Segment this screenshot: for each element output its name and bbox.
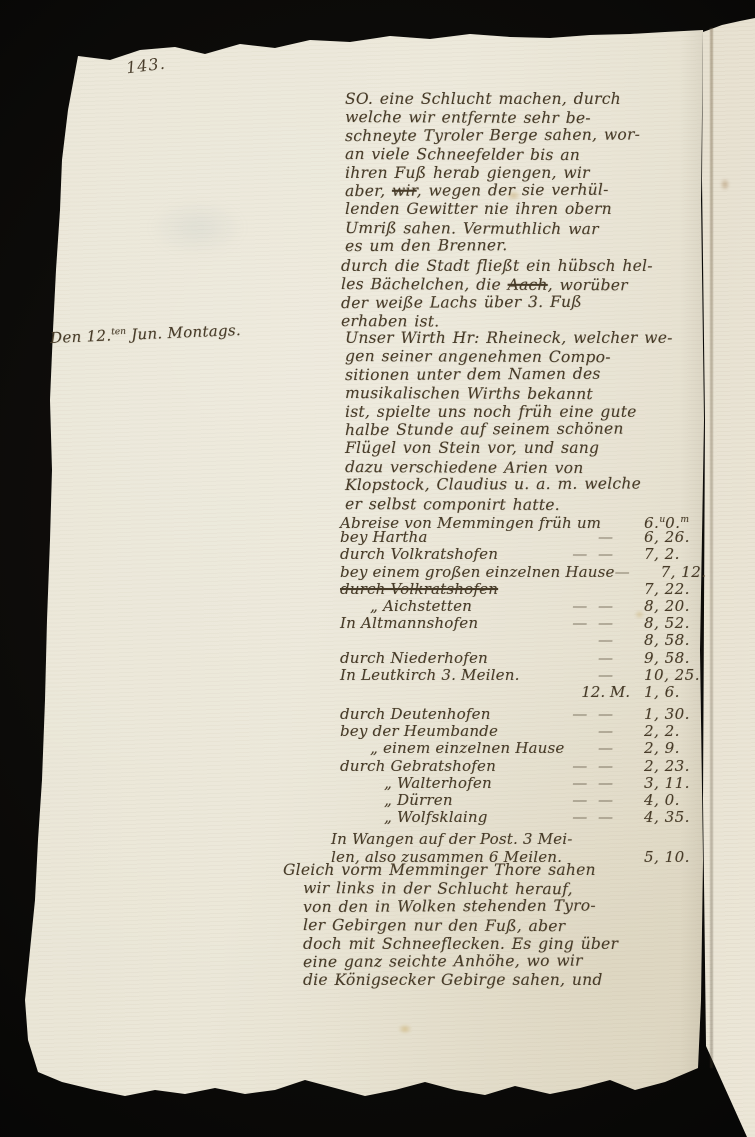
itinerary-label: In Altmannshofen — [340, 615, 478, 632]
handwriting-line: schneyte Tyroler Berge sahen, wor- — [345, 125, 707, 145]
itinerary-row: 12. M. 1, 6. — [340, 684, 706, 701]
itinerary-time: 6, 26. — [644, 529, 706, 546]
itinerary-row: In Leutkirch 3. Meilen. — 10, 25. — [340, 667, 706, 684]
itinerary-time: 7, 12. — [661, 564, 723, 581]
handwriting-line: lenden Gewitter nie ihren obern — [345, 200, 707, 218]
itinerary-time: 8, 58. — [644, 632, 706, 649]
itinerary-dashes: — — [340, 632, 644, 649]
paragraph-musical-host: Unser Wirth Hr: Rheineck, welcher we- ge… — [345, 329, 710, 513]
itinerary-row: durch Volkratshofen — — 7, 2. — [340, 546, 706, 563]
noon-note: 12. M. — [340, 684, 644, 701]
itinerary-list: Abreise von Memmingen früh um 6.u0.m bey… — [340, 512, 706, 866]
itinerary-dashes: — — [520, 667, 644, 684]
itinerary-dashes: — — — [478, 615, 644, 632]
paragraph-stream: durch die Stadt fließt ein hübsch hel- l… — [341, 257, 709, 331]
itinerary-row: „ Walterhofen — — 3, 11. — [340, 775, 706, 792]
line-fragment: , wegen der sie verhül- — [417, 181, 609, 200]
handwriting-line: Flügel von Stein vor, und sang — [345, 439, 710, 457]
handwriting-line: durch die Stadt fließt ein hübsch hel- — [341, 257, 709, 275]
handwriting-line: an viele Schneefelder bis an — [345, 145, 707, 165]
itinerary-time: 1, 30. — [644, 706, 706, 723]
itinerary-time: 8, 52. — [644, 615, 706, 632]
itinerary-row: durch Niederhofen — 9, 58. — [340, 650, 706, 667]
itinerary-row: bey der Heumbande — 2, 2. — [340, 723, 706, 740]
handwriting-line: ist, spielte uns noch früh eine gute — [345, 403, 710, 421]
itinerary-dashes: — — — [472, 598, 644, 615]
itinerary-time: 1, 6. — [644, 684, 706, 701]
itinerary-dashes: — — [564, 740, 644, 757]
itinerary-row: bey einem großen einzelnen Hause — 7, 12… — [340, 564, 706, 581]
itinerary-dashes: — — — [453, 792, 644, 809]
margin-date-text: Den 12. — [50, 326, 112, 347]
itinerary-label: durch Niederhofen — [340, 650, 488, 667]
itinerary-label: bey Hartha — [340, 529, 428, 546]
paragraph-mountains: SO. eine Schlucht machen, durch welche w… — [345, 90, 707, 256]
line-fragment: les Bächelchen, die — [341, 275, 508, 294]
itinerary-time: 2, 23. — [644, 758, 706, 775]
strikethrough-word: wir — [392, 182, 417, 200]
itinerary-label: „ Aichstetten — [340, 598, 472, 615]
itinerary-time: 7, 22. — [644, 581, 706, 598]
itinerary-label: In Leutkirch 3. Meilen. — [340, 667, 520, 684]
itinerary-row: — 8, 58. — [340, 632, 706, 649]
itinerary-dashes: — — [498, 723, 644, 740]
itinerary-row: „ Wolfsklaing — — 4, 35. — [340, 809, 706, 826]
itinerary-label: durch Deutenhofen — [340, 706, 491, 723]
strikethrough-word: Aach — [508, 276, 548, 294]
handwriting-line: aber, wir, wegen der sie verhül- — [345, 180, 707, 200]
itinerary-dashes: — — [488, 650, 644, 667]
itinerary-label: durch Volkratshofen — [340, 546, 498, 563]
itinerary-label: „ Dürren — [340, 792, 453, 809]
itinerary-label: durch Gebratshofen — [340, 758, 496, 775]
itinerary-time: 2, 9. — [644, 740, 706, 757]
handwriting-line: halbe Stunde auf seinem schönen — [345, 419, 710, 439]
itinerary-label: In Wangen auf der Post. 3 Mei- — [331, 831, 573, 848]
paragraph-departure-view: Gleich vorm Memminger Thore sahen wir li… — [303, 861, 728, 990]
handwriting-line: eine ganz seichte Anhöhe, wo wir — [303, 951, 728, 972]
itinerary-dashes: — — — [496, 758, 644, 775]
handwriting-line: musikalischen Wirths bekannt — [345, 384, 710, 404]
itinerary-dashes: — — — [492, 775, 644, 792]
line-fragment: aber, — [345, 182, 392, 200]
itinerary-label: bey einem großen einzelnen Hause — [340, 564, 615, 581]
strikethrough-itinerary-label: durch Volkratshofen — [340, 581, 498, 598]
handwriting-line: von den in Wolken stehenden Tyro- — [303, 896, 728, 917]
itinerary-time: 9, 58. — [644, 650, 706, 667]
margin-date-superscript: ten — [111, 327, 126, 338]
itinerary-time: 3, 11. — [644, 775, 706, 792]
itinerary-row: durch Deutenhofen — — 1, 30. — [340, 706, 706, 723]
itinerary-row: In Altmannshofen — — 8, 52. — [340, 615, 706, 632]
handwriting-line: Gleich vorm Memminger Thore sahen — [303, 861, 728, 879]
itinerary-time: 4, 35. — [644, 809, 706, 826]
itinerary-row: durch Volkratshofen 7, 22. — [340, 581, 706, 598]
itinerary-time: 4, 0. — [644, 792, 706, 809]
itinerary-dashes: — — — [498, 546, 644, 563]
itinerary-label: „ einem einzelnen Hause — [340, 740, 564, 757]
itinerary-time: 2, 2. — [644, 723, 706, 740]
handwriting-line: der weiße Lachs über 3. Fuß — [341, 292, 709, 312]
handwriting-line: die Königsecker Gebirge sahen, und — [303, 971, 728, 989]
itinerary-dashes: — — — [488, 809, 644, 826]
itinerary-row: „ Aichstetten — — 8, 20. — [340, 598, 706, 615]
itinerary-label: „ Walterhofen — [340, 775, 492, 792]
itinerary-time: 8, 20. — [644, 598, 706, 615]
handwriting-line: es um den Brenner. — [345, 235, 707, 255]
itinerary-dashes: — — [428, 529, 644, 546]
itinerary-label: bey der Heumbande — [340, 723, 498, 740]
itinerary-row: In Wangen auf der Post. 3 Mei- — [331, 831, 706, 848]
itinerary-dashes: — — [615, 564, 661, 581]
handwriting-line: ler Gebirgen nur den Fuß, aber — [303, 916, 728, 936]
handwriting-line: sitionen unter dem Namen des — [345, 364, 710, 384]
handwriting-line: Unser Wirth Hr: Rheineck, welcher we- — [345, 329, 710, 347]
itinerary-row: „ Dürren — — 4, 0. — [340, 792, 706, 809]
handwriting-line: SO. eine Schlucht machen, durch — [345, 90, 707, 108]
handwriting-line: Klopstock, Claudius u. a. m. welche — [345, 474, 710, 494]
itinerary-time: 7, 2. — [644, 546, 706, 563]
itinerary-dashes: — — — [491, 706, 644, 723]
itinerary-row: Abreise von Memmingen früh um 6.u0.m — [340, 512, 706, 529]
itinerary-row: bey Hartha — 6, 26. — [340, 529, 706, 546]
book-scan: { "colors": { "background": "#0b0a08", "… — [0, 0, 755, 1137]
handwriting-line: ihren Fuß herab giengen, wir — [345, 164, 707, 182]
itinerary-label: „ Wolfsklaing — [340, 809, 488, 826]
itinerary-time: 10, 25. — [644, 667, 706, 684]
itinerary-row: „ einem einzelnen Hause — 2, 9. — [340, 740, 706, 757]
itinerary-row: durch Gebratshofen — — 2, 23. — [340, 758, 706, 775]
time-unit-superscript: m — [680, 515, 689, 525]
